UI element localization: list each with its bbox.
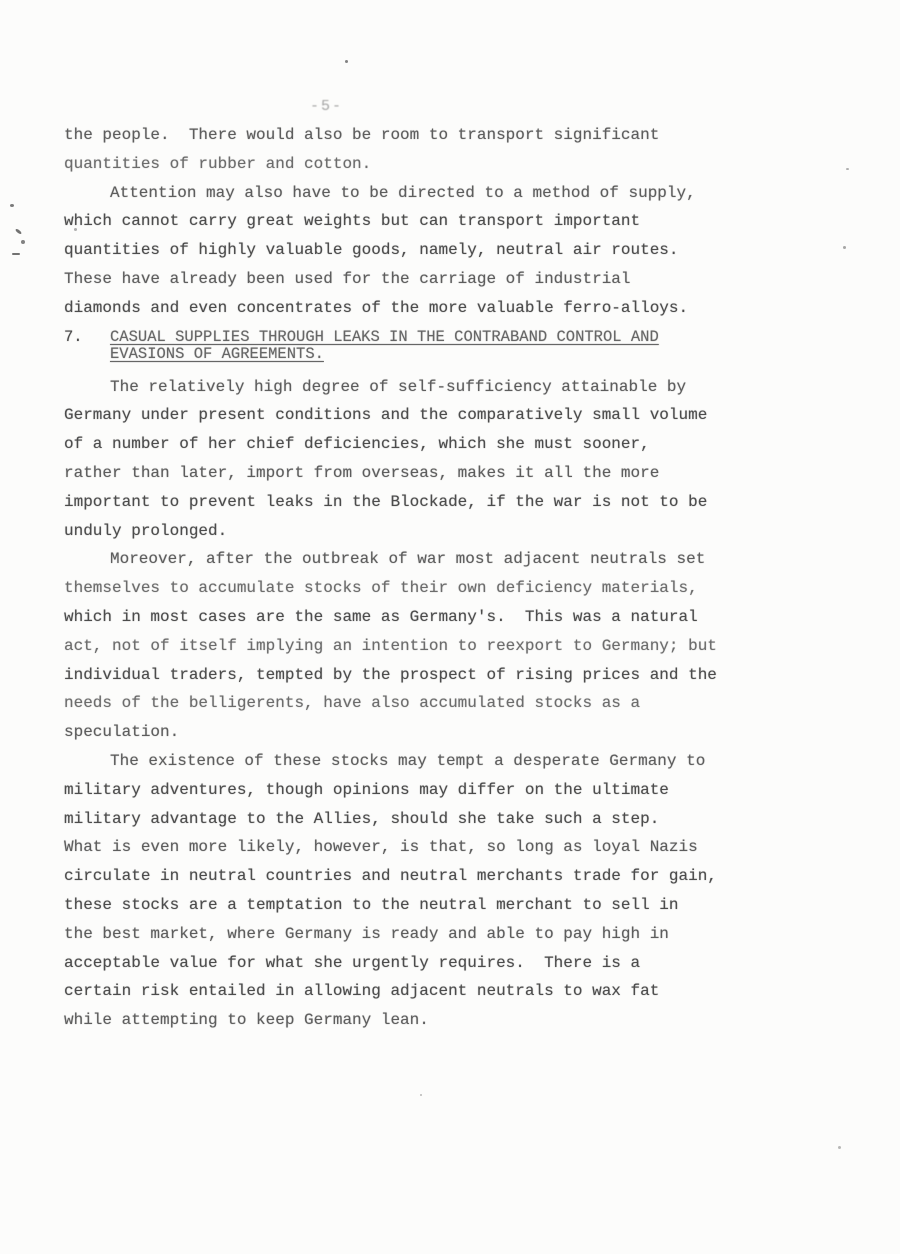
text-line: The existence of these stocks may tempt …: [64, 747, 854, 776]
section-number: 7.: [64, 329, 110, 363]
text-line: military adventures, though opinions may…: [64, 776, 854, 805]
text-line: Attention may also have to be directed t…: [64, 179, 854, 208]
text-line: What is even more likely, however, is th…: [64, 833, 854, 862]
heading-line: EVASIONS OF AGREEMENTS.: [110, 346, 659, 363]
scan-artifact: [843, 246, 846, 249]
text-line: Germany under present conditions and the…: [64, 401, 854, 430]
section-heading: 7.CASUAL SUPPLIES THROUGH LEAKS IN THE C…: [64, 329, 854, 363]
text-line: diamonds and even concentrates of the mo…: [64, 294, 854, 323]
text-line: unduly prolonged.: [64, 517, 854, 546]
text-line: quantities of rubber and cotton.: [64, 150, 854, 179]
text-line: quantities of highly valuable goods, nam…: [64, 236, 854, 265]
paragraph: The relatively high degree of self-suffi…: [64, 373, 854, 546]
scan-artifact: [15, 228, 22, 235]
scan-artifact: [846, 168, 849, 170]
text-line: which cannot carry great weights but can…: [64, 207, 854, 236]
text-line: The relatively high degree of self-suffi…: [64, 373, 854, 402]
text-line: speculation.: [64, 718, 854, 747]
document-text: the people. There would also be room to …: [64, 121, 854, 1035]
scan-artifact: [838, 1146, 841, 1149]
text-line: needs of the belligerents, have also acc…: [64, 689, 854, 718]
text-line: which in most cases are the same as Germ…: [64, 603, 854, 632]
text-line: military advantage to the Allies, should…: [64, 805, 854, 834]
paragraph: the people. There would also be room to …: [64, 121, 854, 179]
text-line: important to prevent leaks in the Blocka…: [64, 488, 854, 517]
text-line: the best market, where Germany is ready …: [64, 920, 854, 949]
page-number: -5-: [310, 98, 343, 115]
paragraph: The existence of these stocks may tempt …: [64, 747, 854, 1035]
text-line: the people. There would also be room to …: [64, 121, 854, 150]
text-line: circulate in neutral countries and neutr…: [64, 862, 854, 891]
scan-artifact: [21, 240, 25, 244]
text-line: act, not of itself implying an intention…: [64, 632, 854, 661]
heading-text: CASUAL SUPPLIES THROUGH LEAKS IN THE CON…: [110, 329, 659, 363]
paragraph: Moreover, after the outbreak of war most…: [64, 545, 854, 747]
scan-artifact: [12, 253, 20, 255]
scan-artifact: [345, 60, 348, 63]
scanned-page: -5- the people. There would also be room…: [0, 0, 900, 1254]
text-line: certain risk entailed in allowing adjace…: [64, 977, 854, 1006]
heading-line: CASUAL SUPPLIES THROUGH LEAKS IN THE CON…: [110, 329, 659, 346]
scan-artifact: [420, 1094, 422, 1096]
text-line: while attempting to keep Germany lean.: [64, 1006, 854, 1035]
text-line: individual traders, tempted by the prosp…: [64, 661, 854, 690]
text-line: These have already been used for the car…: [64, 265, 854, 294]
text-line: acceptable value for what she urgently r…: [64, 949, 854, 978]
text-line: themselves to accumulate stocks of their…: [64, 574, 854, 603]
text-line: rather than later, import from overseas,…: [64, 459, 854, 488]
scan-artifact: [74, 228, 77, 231]
text-line: Moreover, after the outbreak of war most…: [64, 545, 854, 574]
text-line: these stocks are a temptation to the neu…: [64, 891, 854, 920]
text-line: of a number of her chief deficiencies, w…: [64, 430, 854, 459]
paragraph: Attention may also have to be directed t…: [64, 179, 854, 323]
scan-artifact: [10, 204, 14, 207]
